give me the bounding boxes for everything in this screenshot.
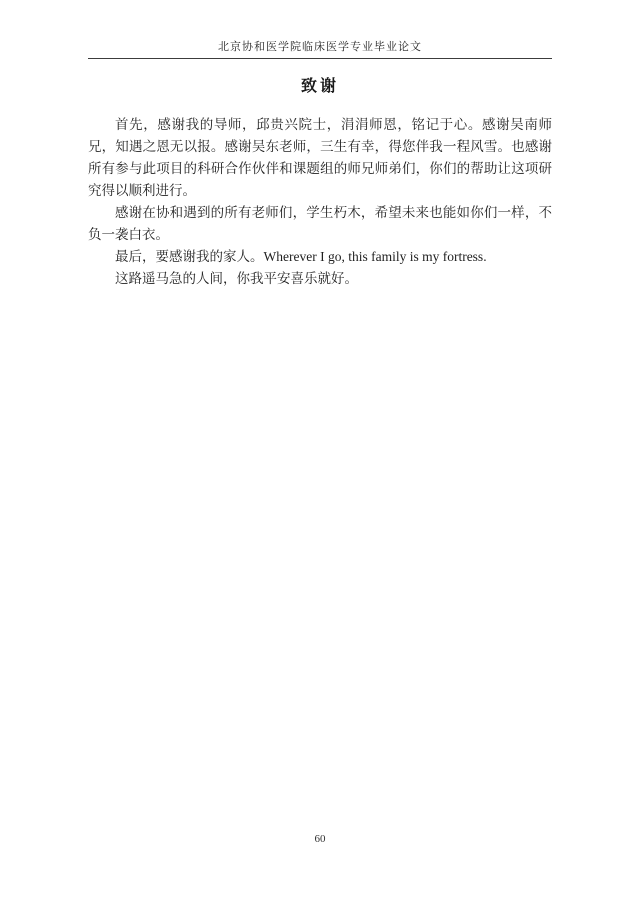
page-header: 北京协和医学院临床医学专业毕业论文 bbox=[88, 38, 552, 59]
document-page: 北京协和医学院临床医学专业毕业论文 致谢 首先，感谢我的导师，邱贵兴院士，涓涓师… bbox=[0, 0, 640, 905]
paragraph-acknowledge-teachers: 感谢在协和遇到的所有老师们，学生朽木，希望未来也能如你们一样，不负一袭白衣。 bbox=[88, 202, 552, 246]
page-title: 致谢 bbox=[0, 73, 640, 96]
body-text: 首先，感谢我的导师，邱贵兴院士，涓涓师恩，铭记于心。感谢吴南师兄，知遇之恩无以报… bbox=[88, 114, 552, 290]
header-title: 北京协和医学院临床医学专业毕业论文 bbox=[218, 41, 422, 53]
paragraph-closing-wish: 这路遥马急的人间，你我平安喜乐就好。 bbox=[88, 268, 552, 290]
page-footer: 60 bbox=[0, 833, 640, 845]
paragraph-acknowledge-family: 最后，要感谢我的家人。Wherever I go, this family is… bbox=[88, 246, 552, 268]
paragraph-acknowledge-mentors: 首先，感谢我的导师，邱贵兴院士，涓涓师恩，铭记于心。感谢吴南师兄，知遇之恩无以报… bbox=[88, 114, 552, 202]
page-number: 60 bbox=[315, 833, 326, 845]
